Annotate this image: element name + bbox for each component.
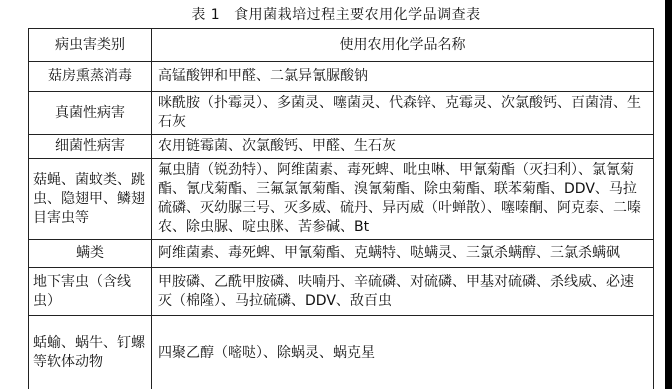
table-row: 真菌性病害 咪酰胺（扑霉灵）、多菌灵、噻菌灵、代森锌、克霉灵、次氯酸钙、百菌清、…: [29, 92, 654, 135]
table-row: 菇房熏蒸消毒 高锰酸钾和甲醛、二氯异氰脲酸钠: [29, 62, 654, 92]
header-category: 病虫害类别: [29, 29, 152, 62]
row-chemicals: 氟虫腈（锐劲特）、阿维菌素、毒死蜱、吡虫啉、甲氰菊酯（灭扫利）、氯氰菊酯、氰戊菊…: [152, 159, 654, 240]
row-chemicals: 阿维菌素、毒死蜱、甲氰菊酯、克螨特、哒螨灵、三氯杀螨醇、三氯杀螨砜: [152, 240, 654, 268]
pesticide-survey-table: 病虫害类别 使用农用化学品名称 菇房熏蒸消毒 高锰酸钾和甲醛、二氯异氰脲酸钠 真…: [28, 28, 654, 389]
table-row: 地下害虫（含线虫） 甲胺磷、乙酰甲胺磷、呋喃丹、辛硫磷、对硫磷、甲基对硫磷、杀线…: [29, 268, 654, 316]
table-title: 食用菌栽培过程主要农用化学品调查表: [234, 7, 481, 23]
edge-bar: [665, 0, 672, 389]
table-row: 菇蝇、菌蚊类、跳虫、隐翅甲、鳞翅目害虫等 氟虫腈（锐劲特）、阿维菌素、毒死蜱、吡…: [29, 159, 654, 240]
row-category: 螨类: [29, 240, 152, 268]
row-chemicals: 甲胺磷、乙酰甲胺磷、呋喃丹、辛硫磷、对硫磷、甲基对硫磷、杀线威、必速灭（棉隆）、…: [152, 268, 654, 316]
row-category: 菇蝇、菌蚊类、跳虫、隐翅甲、鳞翅目害虫等: [29, 159, 152, 240]
table-caption: 表 1食用菌栽培过程主要农用化学品调查表: [0, 6, 672, 24]
row-chemicals: 咪酰胺（扑霉灵）、多菌灵、噻菌灵、代森锌、克霉灵、次氯酸钙、百菌清、生石灰: [152, 92, 654, 135]
row-category: 真菌性病害: [29, 92, 152, 135]
table-row: 蛞蝓、蜗牛、钉螺等软体动物 四聚乙醇（嘧哒）、除蜗灵、蜗克星: [29, 316, 654, 389]
row-chemicals: 农用链霉菌、次氯酸钙、甲醛、生石灰: [152, 135, 654, 159]
table-number: 表 1: [191, 7, 220, 23]
row-category: 蛞蝓、蜗牛、钉螺等软体动物: [29, 316, 152, 389]
row-chemicals: 四聚乙醇（嘧哒）、除蜗灵、蜗克星: [152, 316, 654, 389]
table-row: 螨类 阿维菌素、毒死蜱、甲氰菊酯、克螨特、哒螨灵、三氯杀螨醇、三氯杀螨砜: [29, 240, 654, 268]
row-category: 地下害虫（含线虫）: [29, 268, 152, 316]
row-chemicals: 高锰酸钾和甲醛、二氯异氰脲酸钠: [152, 62, 654, 92]
table-row: 细菌性病害 农用链霉菌、次氯酸钙、甲醛、生石灰: [29, 135, 654, 159]
table-header-row: 病虫害类别 使用农用化学品名称: [29, 29, 654, 62]
header-chemicals: 使用农用化学品名称: [152, 29, 654, 62]
row-category: 菇房熏蒸消毒: [29, 62, 152, 92]
row-category: 细菌性病害: [29, 135, 152, 159]
